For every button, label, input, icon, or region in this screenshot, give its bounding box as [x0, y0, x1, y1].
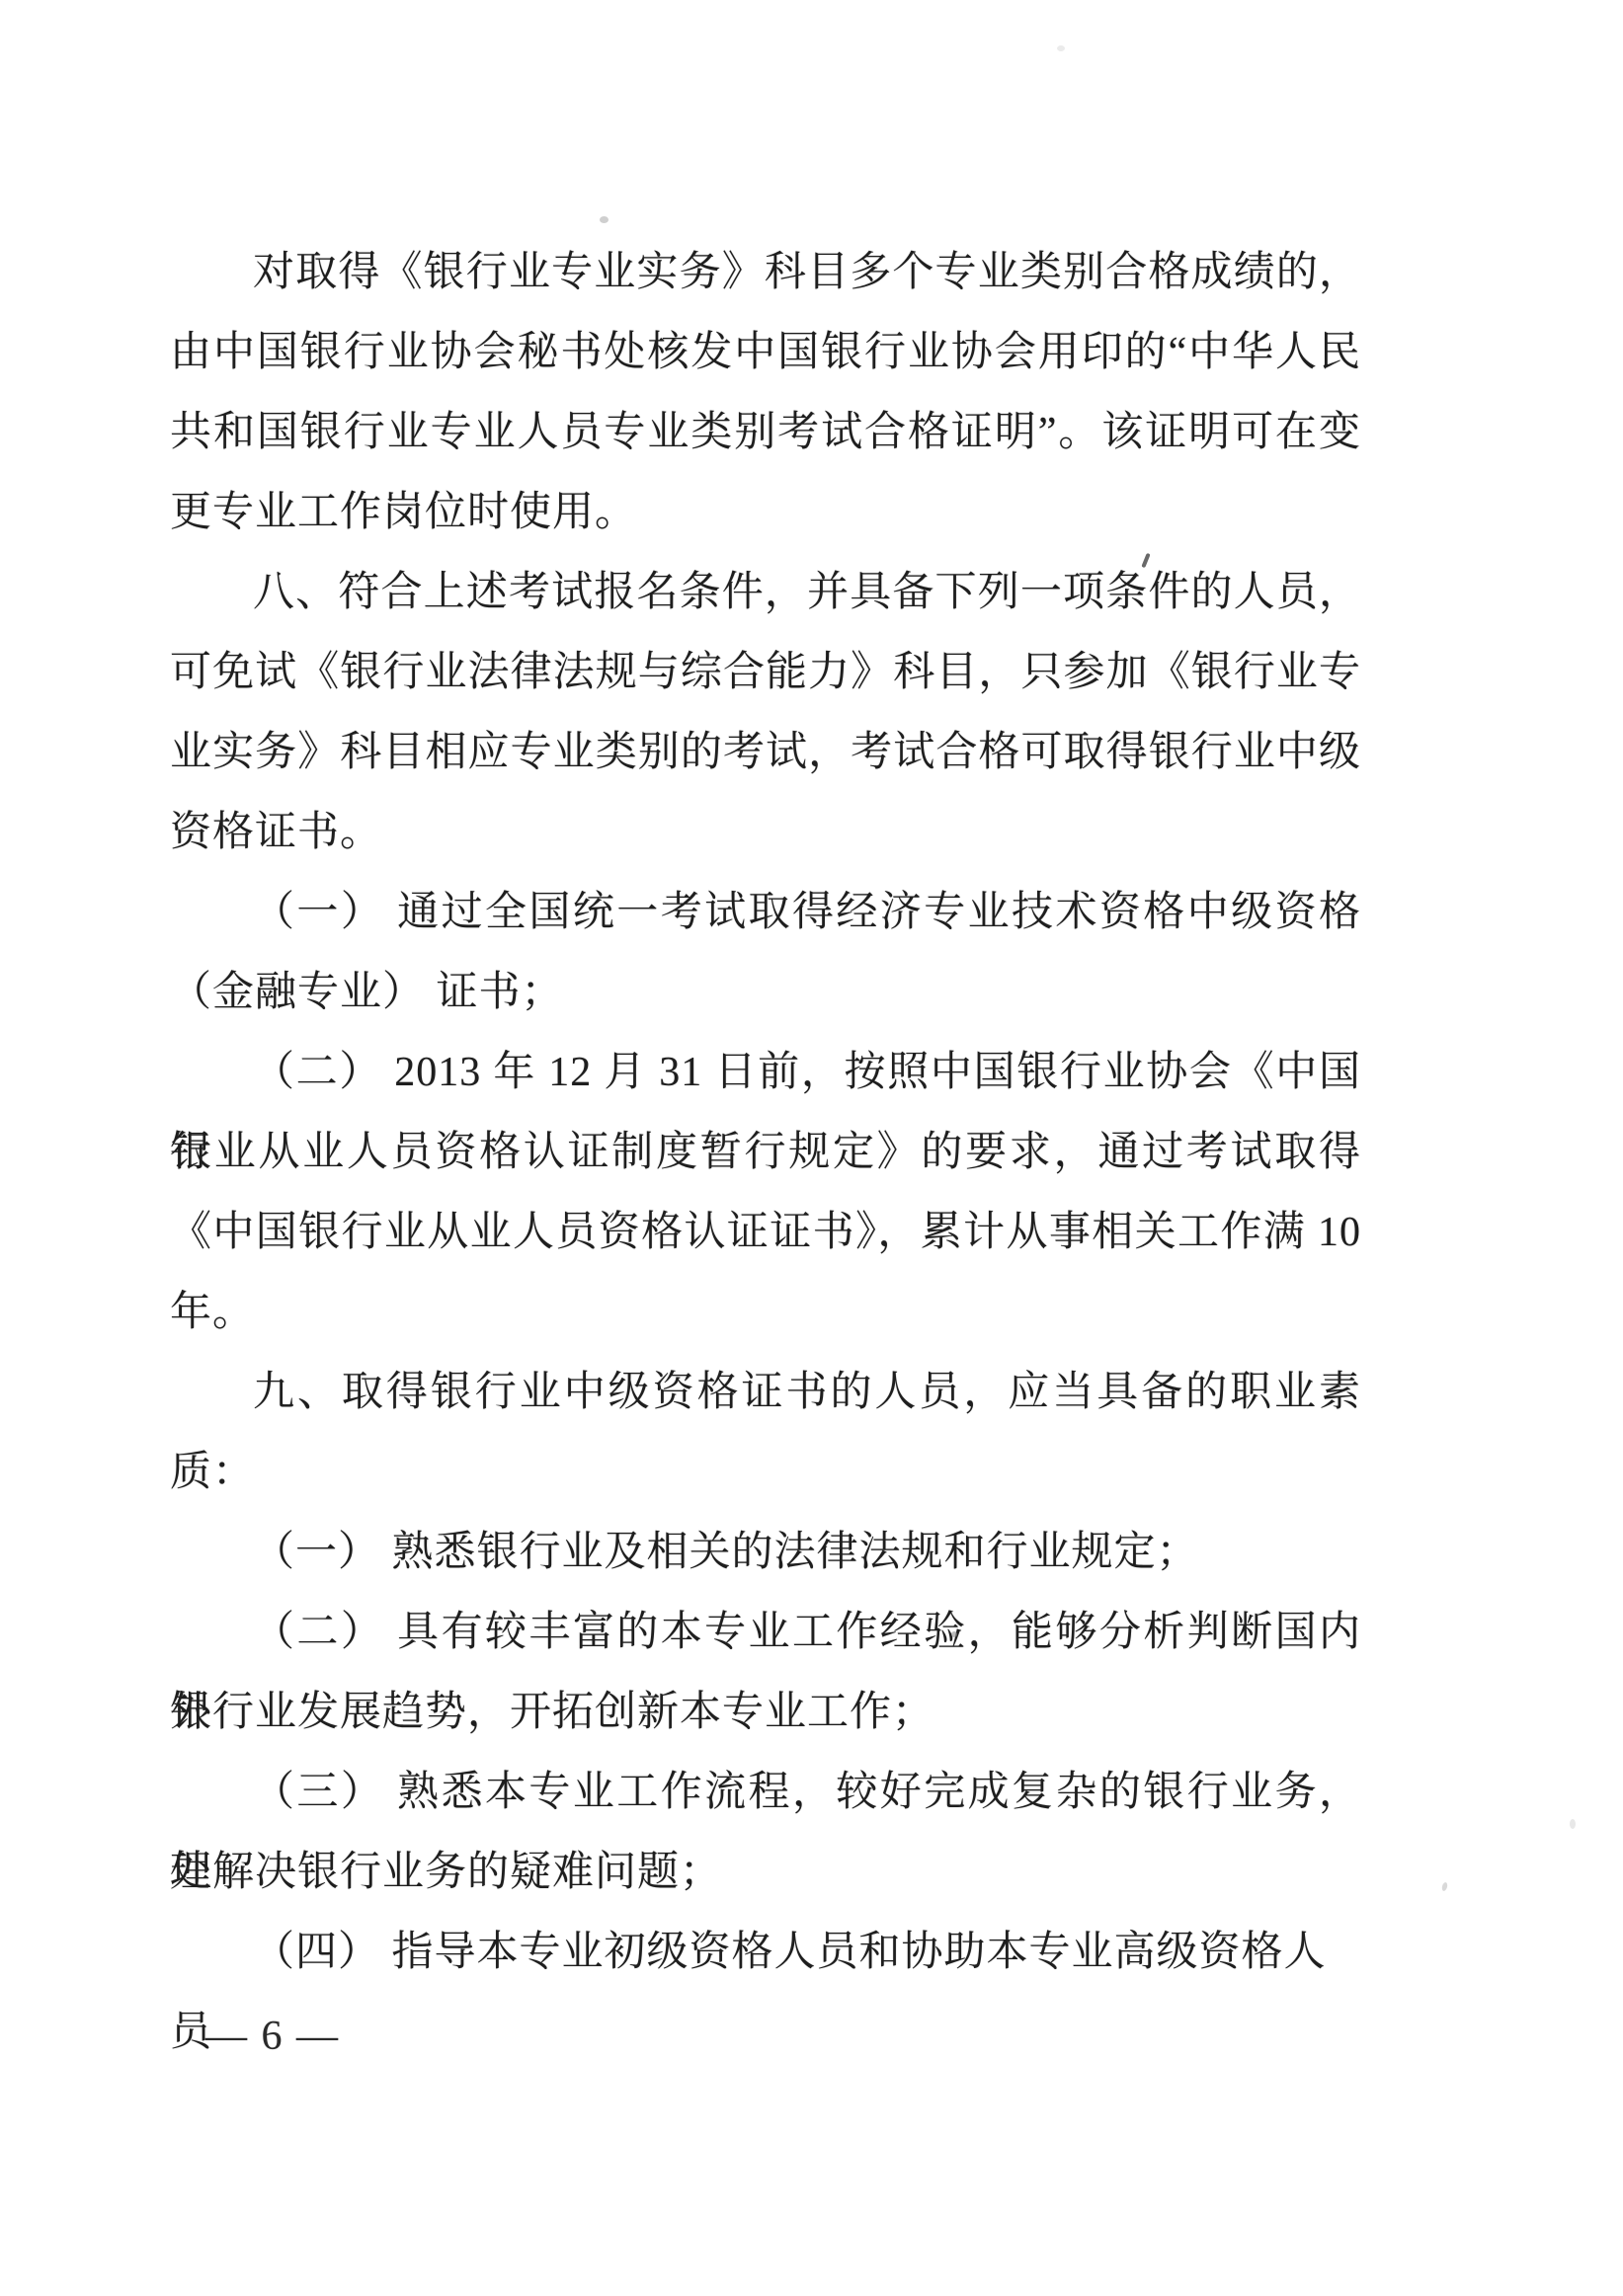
text-line: 对取得《银行业专业实务》科目多个专业类别合格成绩的，	[170, 233, 1361, 313]
text-line: 业实务》科目相应专业类别的考试，考试合格可取得银行业中级	[170, 713, 1361, 793]
text-line: 九、取得银行业中级资格证书的人员，应当具备的职业素	[170, 1353, 1361, 1433]
text-line: （二） 具有较丰富的本专业工作经验，能够分析判断国内外	[170, 1593, 1361, 1673]
scan-speck	[1057, 45, 1065, 51]
text-line: 八、符合上述考试报名条件，并具备下列一项条件的人员，	[170, 553, 1361, 633]
text-line: 《中国银行业从业人员资格认证证书》，累计从事相关工作满 10	[170, 1193, 1361, 1273]
scan-speck	[1570, 1819, 1576, 1829]
text-line: 资格证书。	[170, 793, 1361, 873]
text-line: （四） 指导本专业初级资格人员和协助本专业高级资格人员	[170, 1913, 1361, 1993]
document-body: 对取得《银行业专业实务》科目多个专业类别合格成绩的，由中国银行业协会秘书处核发中…	[170, 233, 1361, 1993]
text-line: （一） 熟悉银行业及相关的法律法规和行业规定；	[170, 1513, 1361, 1593]
text-line: （三） 熟悉本专业工作流程，较好完成复杂的银行业务，处	[170, 1753, 1361, 1833]
scanned-document-page: 对取得《银行业专业实务》科目多个专业类别合格成绩的，由中国银行业协会秘书处核发中…	[0, 0, 1623, 2296]
text-line: （二） 2013 年 12 月 31 日前，按照中国银行业协会《中国银	[170, 1033, 1361, 1113]
text-line: 可免试《银行业法律法规与综合能力》科目，只参加《银行业专	[170, 633, 1361, 713]
text-line: （一） 通过全国统一考试取得经济专业技术资格中级资格	[170, 873, 1361, 953]
text-line: 由中国银行业协会秘书处核发中国银行业协会用印的“中华人民	[170, 313, 1361, 393]
text-line: （金融专业） 证书；	[170, 953, 1361, 1033]
text-line: 质：	[170, 1433, 1361, 1513]
text-line: 理解决银行业务的疑难问题；	[170, 1833, 1361, 1913]
page-number: — 6 —	[205, 2013, 340, 2060]
scan-speck	[600, 216, 609, 223]
text-line: 银行业发展趋势，开拓创新本专业工作；	[170, 1673, 1361, 1753]
text-line: 更专业工作岗位时使用。	[170, 473, 1361, 553]
text-line: 行业从业人员资格认证制度暂行规定》的要求，通过考试取得	[170, 1113, 1361, 1193]
scan-speck	[1441, 1882, 1448, 1892]
text-line: 共和国银行业专业人员专业类别考试合格证明”。该证明可在变	[170, 393, 1361, 473]
text-line: 年。	[170, 1273, 1361, 1353]
